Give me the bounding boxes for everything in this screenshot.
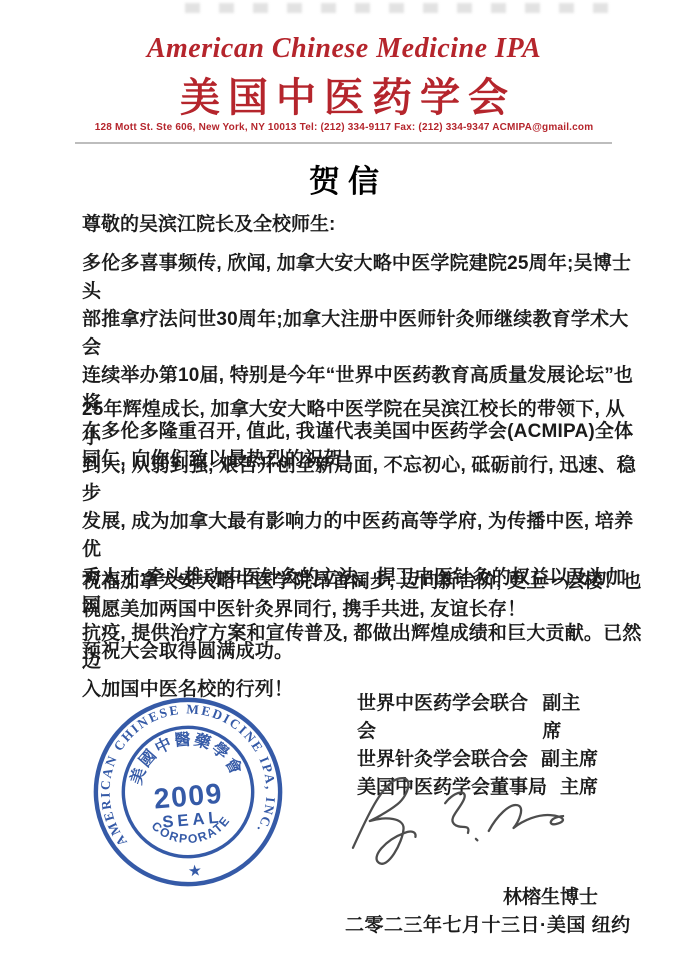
org-address-line: 128 Mott St. Ste 606, New York, NY 10013… — [0, 122, 688, 133]
handwritten-signature — [348, 770, 576, 880]
signer-org: 世界中医药学会联合会 — [357, 690, 542, 746]
paragraph-3: 祝福加拿大安大略中医学院昂首阔步, 迈向新台阶, 更上一层楼！也 祝愿美加两国中… — [82, 568, 642, 624]
org-name-chinese: 美国中医药学会 — [0, 66, 688, 123]
salutation: 尊敬的吴滨江院长及全校师生: — [82, 211, 335, 239]
signer-role: 副主席 — [542, 690, 598, 746]
scan-artifacts — [185, 3, 615, 13]
letter-page: American Chinese Medicine IPA 美国中医药学会 12… — [0, 0, 688, 972]
seal-chinese-text: 美國中醫藥學會 — [122, 725, 247, 788]
seal-star-icon: ★ — [187, 862, 202, 880]
corporate-seal: AMERICAN CHINESE MEDICINE IPA, INC. 美國中醫… — [82, 686, 294, 898]
org-name-english: American Chinese Medicine IPA — [0, 33, 688, 65]
letterhead-divider — [75, 142, 612, 144]
date-line: 二零二三年七月十三日·美国 纽约 — [345, 912, 631, 940]
letter-title: 贺信 — [0, 156, 688, 201]
signer-title-row: 世界中医药学会联合会 副主席 — [357, 690, 598, 746]
paragraph-4: 预祝大会取得圆满成功。 — [82, 638, 642, 666]
signer-name: 林榕生博士 — [357, 884, 598, 912]
